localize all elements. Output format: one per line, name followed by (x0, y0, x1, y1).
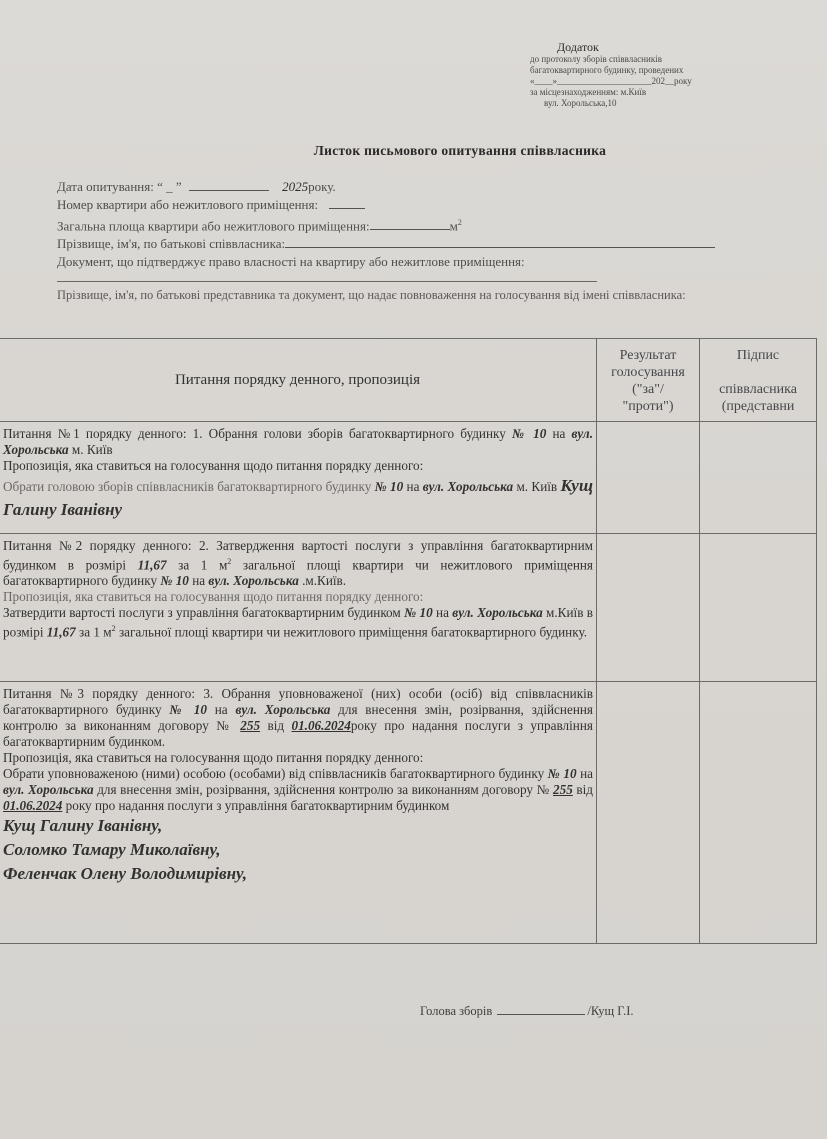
proposal-label: Пропозиція, яка ставиться на голосування… (3, 750, 593, 766)
survey-date-year: 2025 (282, 179, 308, 194)
survey-date-suffix: року. (308, 179, 336, 194)
vote-result-cell[interactable] (597, 682, 700, 944)
signature-cell[interactable] (700, 682, 817, 944)
header-line-spacer (700, 364, 816, 381)
appendix-line: «____»_____________________202__року (530, 76, 750, 87)
chair-signature-blank[interactable] (497, 1002, 585, 1015)
vote-result-cell[interactable] (597, 534, 700, 682)
chair-label: Голова зборів (420, 1004, 492, 1018)
table-header-row: Питання порядку денного, пропозиція Резу… (0, 339, 817, 422)
signature-cell[interactable] (700, 534, 817, 682)
proposal-label: Пропозиція, яка ставиться на голосування… (3, 458, 593, 474)
question-cell-1: Питання №1 порядку денного: 1. Обрання г… (0, 422, 597, 534)
representative-label: Прізвище, ім'я, по батькові представника… (57, 288, 797, 303)
area-blank[interactable] (370, 217, 450, 230)
table-row: Питання №3 порядку денного: 3. Обрання у… (0, 682, 817, 944)
appendix-address: вул. Хорольська,10 (530, 98, 750, 109)
appendix-line: до протоколу зборів співвласників (530, 54, 750, 65)
authorized-person: Соломко Тамару Миколаївну, (3, 838, 593, 862)
form-fields: Дата опитування: “ _ ” 2025року. Номер к… (57, 178, 797, 303)
header-line: "проти") (597, 398, 699, 415)
proposal-text: Обрати головою зборів співвласників бага… (3, 474, 593, 522)
owner-name-blank[interactable] (285, 235, 715, 248)
appendix-heading: Додаток (530, 40, 750, 54)
question-cell-2: Питання №2 порядку денного: 2. Затвердже… (0, 534, 597, 682)
header-line: Результат (597, 347, 699, 364)
header-vote-result: Результат голосування ("за"/ "проти") (597, 339, 700, 422)
question-cell-3: Питання №3 порядку денного: 3. Обрання у… (0, 682, 597, 944)
apartment-number-field[interactable]: Номер квартири або нежитлового приміщенн… (57, 196, 797, 214)
header-line: ("за"/ (597, 381, 699, 398)
survey-date-label: Дата опитування: “ _ ” (57, 179, 182, 194)
header-question: Питання порядку денного, пропозиція (0, 339, 597, 422)
survey-date-blank[interactable] (189, 178, 269, 191)
authorized-person: Феленчак Олену Володимирівну, (3, 862, 593, 886)
question-text: Питання №1 порядку денного: 1. Обрання г… (3, 426, 593, 458)
apartment-number-blank[interactable] (329, 196, 365, 209)
table-row: Питання №2 порядку денного: 2. Затвердже… (0, 534, 817, 682)
ownership-document-label: Документ, що підтверджує право власності… (57, 254, 525, 269)
question-text: Питання №2 порядку денного: 2. Затвердже… (3, 538, 593, 589)
header-signature: Підпис співвласника (представни (700, 339, 817, 422)
authorized-person: Кущ Галину Іванівну, (3, 814, 593, 838)
question-text: Питання №3 порядку денного: 3. Обрання у… (3, 686, 593, 750)
appendix-line: багатоквартирного будинку, проведених (530, 65, 750, 76)
proposal-label: Пропозиція, яка ставиться на голосування… (3, 589, 593, 605)
proposal-text: Обрати уповноваженою (ними) особою (особ… (3, 766, 593, 814)
appendix-line: за місцезнаходженням: м.Київ (530, 87, 750, 98)
appendix-block: Додаток до протоколу зборів співвласникі… (530, 40, 750, 109)
document-title: Листок письмового опитування співвласник… (0, 143, 827, 159)
area-unit-sup: 2 (458, 218, 462, 227)
vote-result-cell[interactable] (597, 422, 700, 534)
proposal-text: Затвердити вартості послуги з управління… (3, 605, 593, 640)
ownership-document-blank[interactable] (57, 271, 597, 282)
chair-name: /Кущ Г.І. (587, 1004, 633, 1018)
owner-name-label: Прізвище, ім'я, по батькові співвласника… (57, 236, 285, 251)
header-line: співвласника (700, 381, 816, 398)
header-line: (представни (700, 398, 816, 415)
table-row: Питання №1 порядку денного: 1. Обрання г… (0, 422, 817, 534)
signature-cell[interactable] (700, 422, 817, 534)
area-label: Загальна площа квартири або нежитлового … (57, 218, 370, 233)
survey-date-field[interactable]: Дата опитування: “ _ ” 2025року. (57, 178, 797, 196)
ownership-document-field[interactable]: Документ, що підтверджує право власності… (57, 253, 797, 271)
header-line: Підпис (700, 347, 816, 364)
chair-signature: Голова зборів /Кущ Г.І. (420, 1002, 634, 1019)
apartment-number-label: Номер квартири або нежитлового приміщенн… (57, 197, 318, 212)
voting-table: Питання порядку денного, пропозиція Резу… (0, 338, 817, 944)
document-page: Додаток до протоколу зборів співвласникі… (0, 0, 827, 1139)
area-unit: м (450, 218, 458, 233)
header-line: голосування (597, 364, 699, 381)
area-field[interactable]: Загальна площа квартири або нежитлового … (57, 214, 797, 235)
owner-name-field[interactable]: Прізвище, ім'я, по батькові співвласника… (57, 235, 797, 253)
